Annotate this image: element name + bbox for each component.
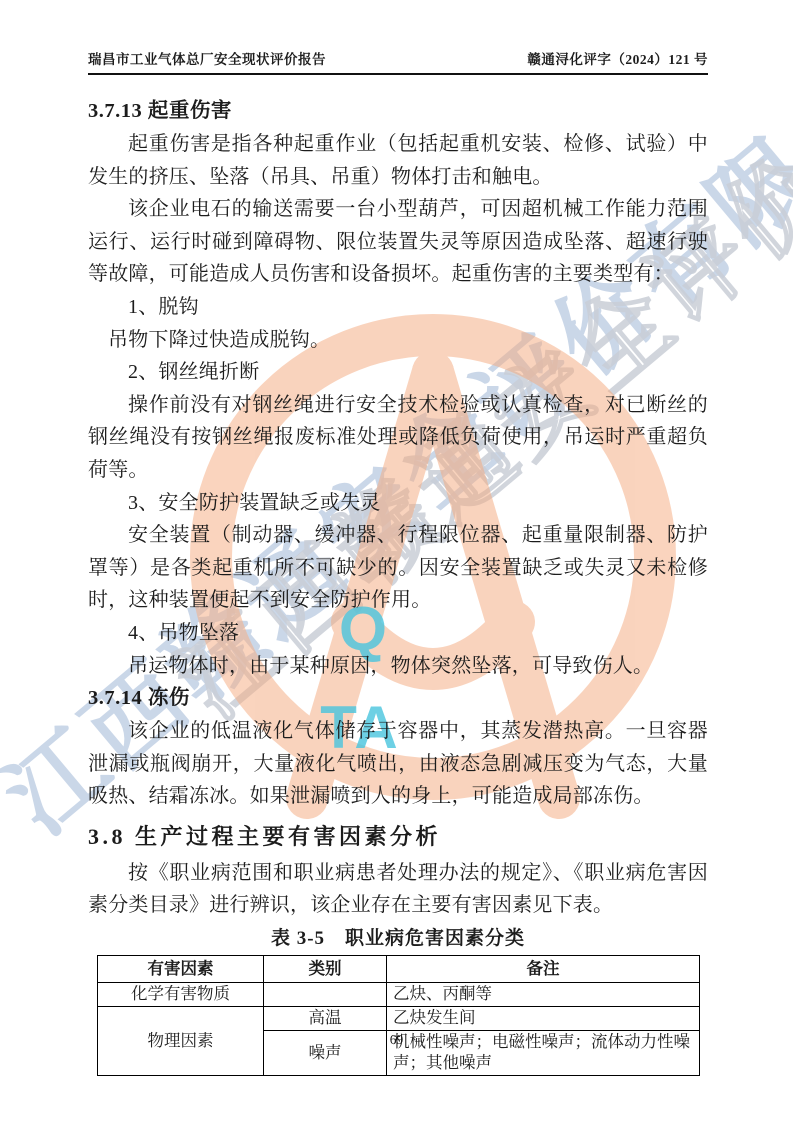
cell-chemical-note: 乙炔、丙酮等: [387, 983, 700, 1007]
content-area: 瑞昌市工业气体总厂安全现状评价报告 赣通浔化评字（2024）121 号 3.7.…: [88, 48, 708, 1076]
paragraph-lifting-definition: 起重伤害是指各种起重作业（包括起重机安装、检修、试验）中发生的挤压、坠落（吊具、…: [88, 128, 708, 193]
list-item-3: 3、安全防护装置缺乏或失灵: [88, 487, 708, 520]
list-item-2-desc: 操作前没有对钢丝绳进行安全技术检验或认真检查，对已断丝的钢丝绳没有按钢丝绳报废标…: [88, 389, 708, 487]
column-header-factor: 有害因素: [98, 956, 264, 983]
table-row-physical-heat: 物理因素 高温 乙炔发生间: [98, 1007, 700, 1031]
list-item-3-desc: 安全装置（制动器、缓冲器、行程限位器、起重量限制器、防护罩等）是各类起重机所不可…: [88, 519, 708, 617]
list-item-4: 4、吊物坠落: [88, 617, 708, 650]
document-page: 江西赣通安全评价有限公司 江西赣通安全评价有限公司 Q TA 瑞昌市工业气体总厂…: [0, 0, 793, 1122]
list-item-4-desc: 吊运物体时，由于某种原因，物体突然坠落，可导致伤人。: [88, 650, 708, 683]
header-report-title: 瑞昌市工业气体总厂安全现状评价报告: [88, 48, 326, 68]
paragraph-frostbite: 该企业的低温液化气体储存于容器中，其蒸发潜热高。一旦容器泄漏或瓶阀崩开，大量液化…: [88, 715, 708, 813]
page-header: 瑞昌市工业气体总厂安全现状评价报告 赣通浔化评字（2024）121 号: [88, 48, 708, 75]
column-header-category: 类别: [264, 956, 387, 983]
table-header-row: 有害因素 类别 备注: [98, 956, 700, 983]
hazard-factors-table: 有害因素 类别 备注 化学有害物质 乙炔、丙酮等 物理因素 高温 乙炔发生间 噪…: [97, 955, 700, 1076]
page-number: 69: [0, 1032, 793, 1048]
cell-chemical-category: [264, 983, 387, 1007]
list-item-1: 1、脱钩: [88, 291, 708, 324]
cell-chemical-factor: 化学有害物质: [98, 983, 264, 1007]
list-item-1-desc: 吊物下降过快造成脱钩。: [88, 324, 708, 357]
paragraph-occupational-disease: 按《职业病范围和职业病患者处理办法的规定》、《职业病危害因素分类目录》进行辨识，…: [88, 857, 708, 922]
column-header-note: 备注: [387, 956, 700, 983]
table-row-chemical: 化学有害物质 乙炔、丙酮等: [98, 983, 700, 1007]
section-heading-3-7-13: 3.7.13 起重伤害: [88, 95, 708, 128]
paragraph-lifting-company: 该企业电石的输送需要一台小型葫芦，可因超机械工作能力范围运行、运行时碰到障碍物、…: [88, 193, 708, 291]
header-document-ref: 赣通浔化评字（2024）121 号: [527, 48, 708, 68]
section-heading-3-7-14: 3.7.14 冻伤: [88, 682, 708, 715]
body-text: 3.7.13 起重伤害 起重伤害是指各种起重作业（包括起重机安装、检修、试验）中…: [88, 95, 708, 922]
list-item-2: 2、钢丝绳折断: [88, 356, 708, 389]
cell-heat-category: 高温: [264, 1007, 387, 1031]
section-heading-3-8: 3.8 生产过程主要有害因素分析: [88, 817, 708, 857]
table-caption: 表 3-5 职业病危害因素分类: [88, 924, 708, 954]
cell-heat-note: 乙炔发生间: [387, 1007, 700, 1031]
